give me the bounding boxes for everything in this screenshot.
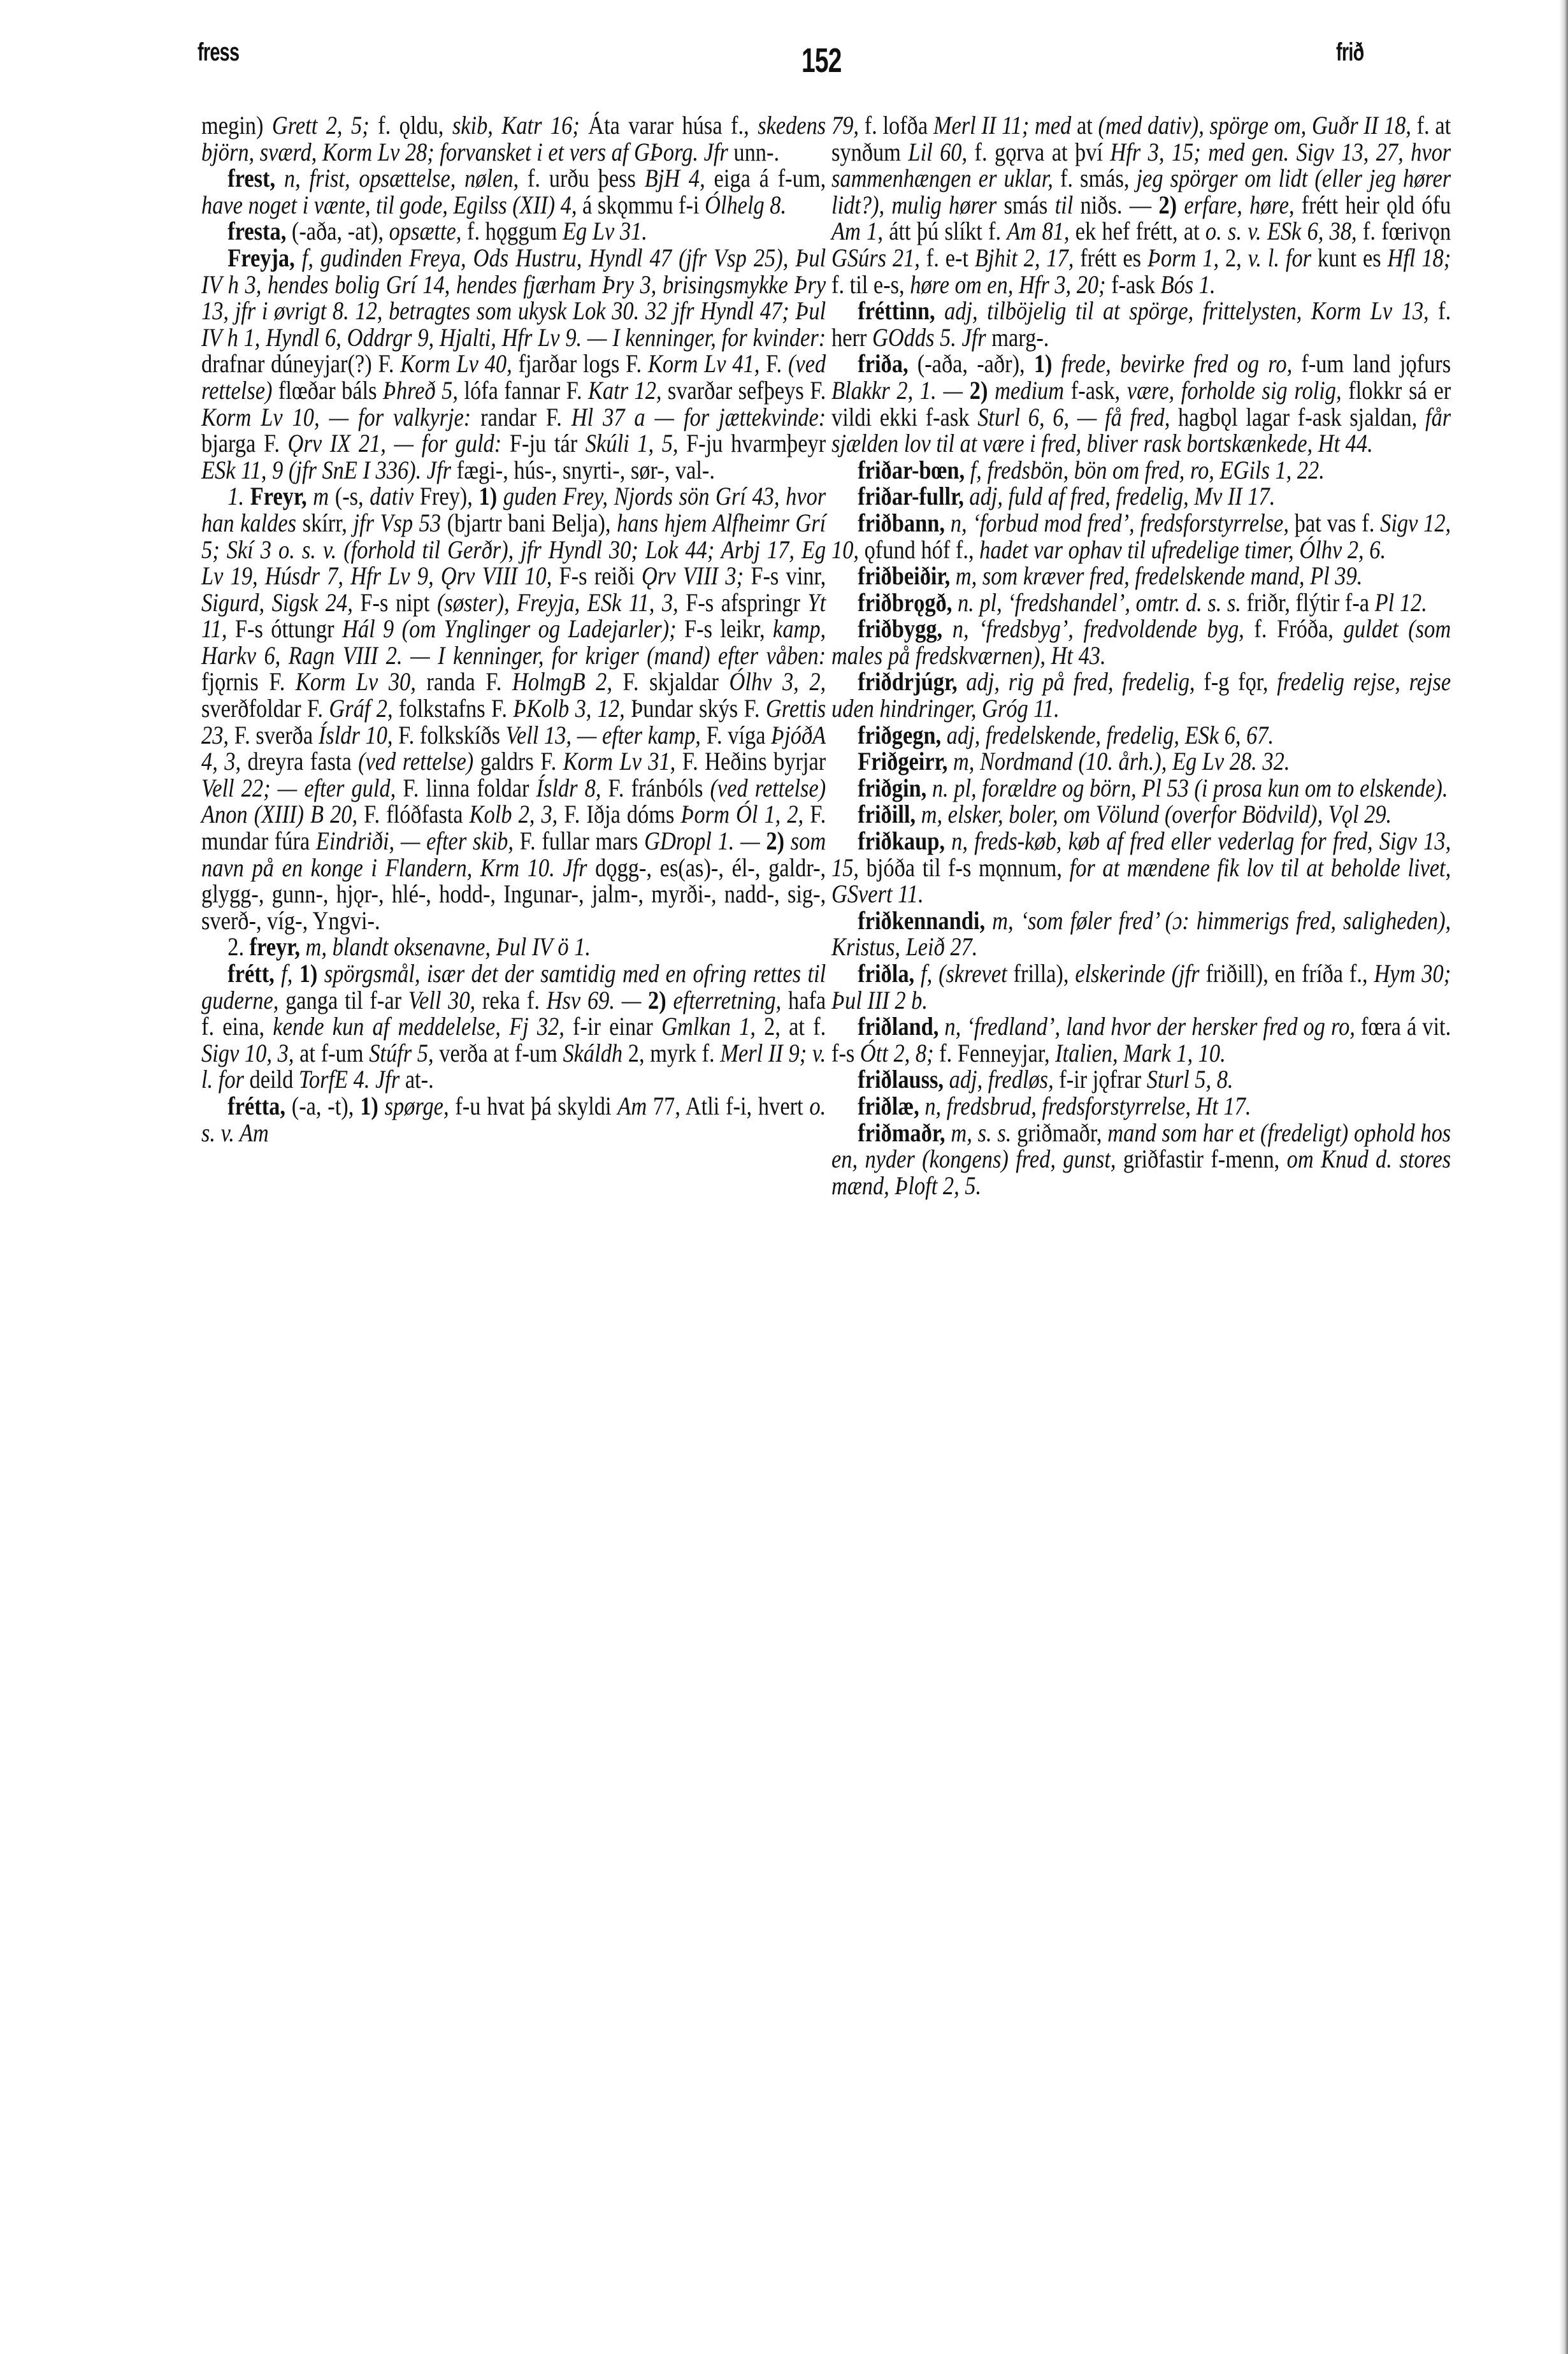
entry-text: griðmaðr,	[1011, 1118, 1107, 1147]
entry-text: Áta varar húsa f.,	[580, 111, 758, 140]
entry-text	[965, 456, 970, 484]
entry-text: F. Iðja dóms	[557, 800, 680, 828]
entry-text	[666, 986, 673, 1015]
italic-gloss: Ótt 2, 8;	[860, 1039, 934, 1067]
entry-text	[945, 827, 951, 855]
headword: friðkennandi,	[858, 906, 985, 935]
italic-gloss: f, (skrevet	[921, 959, 1007, 988]
guide-word-right: frið	[1336, 38, 1364, 67]
italic-gloss: n, ‘forbud mod fred’, fredsforstyrrelse,	[951, 509, 1289, 537]
entry-text	[935, 296, 944, 325]
entry-text: at	[1071, 111, 1098, 140]
entry-text	[292, 959, 299, 988]
entry-text: ek hef frétt, at	[1069, 217, 1205, 245]
entry-text	[947, 747, 953, 776]
entry-text	[275, 164, 284, 192]
entry-text	[295, 243, 302, 272]
italic-gloss: ÞKolb 3, 12,	[513, 694, 624, 723]
italic-gloss: GOdds 5. Jfr	[872, 323, 986, 352]
dictionary-entry: friðbrǫgð, n. pl, ‘fredshandel’, omtr. d…	[831, 589, 1451, 616]
entry-text: f. ǫldu,	[370, 111, 452, 140]
italic-gloss: Hál 9 (om Ynglinger og Ladejarler);	[342, 614, 677, 643]
italic-gloss: m, elsker, boler, om Völund (overfor Böd…	[921, 800, 1392, 828]
italic-gloss: f,	[281, 959, 292, 988]
italic-gloss: spørge,	[385, 1092, 449, 1120]
italic-gloss: Ólhelg 8.	[705, 191, 786, 219]
headword: Freyja,	[227, 243, 294, 272]
entry-text: (bjartr bani Belja),	[441, 509, 617, 537]
headword: friðgin,	[858, 774, 926, 802]
entry-text	[914, 959, 921, 988]
entry-text: deild	[244, 1065, 299, 1094]
italic-gloss: adj, fredelskende, fredelig, ESk 6, 67.	[947, 721, 1274, 749]
italic-gloss: elskerinde (jfr	[1075, 959, 1199, 988]
entry-text: unn-.	[728, 138, 779, 166]
italic-gloss: n. pl, forældre og börn, Pl 53 (i prosa …	[932, 774, 1448, 802]
entry-text: verða at f-um	[434, 1039, 563, 1067]
entry-text: F-ju hvarmþeyr	[679, 429, 826, 458]
entry-text	[300, 932, 306, 961]
dictionary-entry: friðkennandi, m, ‘som føler fred’ (ɔ: hi…	[831, 907, 1451, 960]
entry-text: fjarðar logs F.	[512, 349, 648, 378]
entry-text: folkstafns F.	[393, 694, 514, 723]
entry-text: f-ir jǫfrar	[1054, 1065, 1147, 1094]
entry-text	[919, 1092, 925, 1120]
dictionary-entry: friðlæ, n, fredsbrud, fredsforstyrrelse,…	[831, 1093, 1451, 1120]
headword: Freyr,	[250, 482, 307, 510]
entry-text: F-s reiði	[552, 561, 642, 590]
italic-gloss: HolmgB 2,	[512, 667, 612, 696]
entry-text: F. Heðins byrjar	[675, 747, 826, 776]
entry-text: F-s afspringr	[679, 588, 808, 617]
italic-gloss: Am 81,	[1007, 217, 1069, 245]
entry-text: dreyra fasta	[241, 747, 358, 776]
entry-text: galdrs F.	[473, 747, 563, 776]
entry-text: 2,	[1219, 243, 1248, 272]
left-column: megin) Grett 2, 5; f. ǫldu, skib, Katr 1…	[201, 112, 826, 1146]
entry-text	[784, 827, 791, 855]
headword: frest,	[227, 164, 275, 192]
entry-text	[307, 482, 313, 510]
guide-word-left: fress	[198, 38, 239, 67]
entry-text: (-a, -t),	[285, 1092, 360, 1120]
dictionary-entry: fresta, (-aða, -at), opsætte, f. hǫggum …	[201, 218, 826, 245]
headword: friðlauss,	[858, 1065, 944, 1094]
italic-gloss: GSúrs 21,	[831, 243, 920, 272]
entry-text: 1)	[299, 959, 318, 988]
entry-text: 2.	[227, 932, 249, 961]
entry-text: frétt es	[1074, 243, 1147, 272]
dictionary-entry: friðbeiðir, m, som kræver fred, fredelsk…	[831, 563, 1451, 589]
italic-gloss: n, frist, opsættelse, nølen,	[284, 164, 519, 192]
entry-text	[958, 667, 967, 696]
italic-gloss: m, s. s.	[951, 1118, 1011, 1147]
dictionary-entry: friðbygg, n, ‘fredsbyg’, fredvoldende by…	[831, 616, 1451, 668]
entry-text: 2, at f.	[756, 1012, 826, 1041]
dictionary-entry: frétta, (-a, -t), 1) spørge, f-u hvat þá…	[201, 1093, 826, 1146]
entry-text: á skǫmmu f-i	[577, 191, 705, 219]
italic-gloss: Blakkr 2, 1. —	[831, 376, 963, 405]
headword: friðbrǫgð,	[858, 588, 952, 617]
entry-text: F-s leikr,	[677, 614, 773, 643]
entry-text: megin)	[201, 111, 272, 140]
italic-gloss: til	[1055, 191, 1074, 219]
entry-text: f-ir einar	[565, 1012, 661, 1041]
headword: frétta,	[227, 1092, 285, 1120]
dictionary-entry: 1. Freyr, m (-s, dativ Frey), 1) guden F…	[201, 483, 826, 934]
headword: friðar-bœn,	[858, 456, 965, 484]
italic-gloss: m, Nordmand (10. årh.), Eg Lv 28. 32.	[953, 747, 1290, 776]
entry-text: F. linna foldar	[396, 774, 536, 802]
italic-gloss: Sturl 6, 6, — få fred,	[977, 403, 1170, 431]
entry-text: fægi-, hús-, snyrti-, sør-, val-.	[451, 456, 715, 484]
entry-text: 2)	[766, 827, 784, 855]
italic-gloss: 1.	[227, 482, 250, 510]
headword: friðmaðr,	[858, 1118, 945, 1147]
entry-text: frétt heir ǫld ófu	[1294, 191, 1451, 219]
entry-text: flœðar báls	[272, 376, 382, 405]
dictionary-entry: friðgin, n. pl, forældre og börn, Pl 53 …	[831, 775, 1451, 802]
entry-text: F-s nipt	[353, 588, 437, 617]
entry-text: bjarga F.	[201, 429, 288, 458]
italic-gloss: være, forholde sig rolig,	[1127, 376, 1342, 405]
entry-text: f. gǫrva at því	[967, 138, 1110, 166]
italic-gloss: ESk 11, 9 (jfr SnE I 336). Jfr	[201, 456, 451, 484]
italic-gloss: (ved rettelse)	[358, 747, 473, 776]
italic-gloss: Sigv 10, 3,	[201, 1039, 294, 1067]
entry-text	[378, 1092, 385, 1120]
entry-text: eiga á f-um,	[705, 164, 826, 192]
scan-edge-shadow	[1559, 0, 1568, 2354]
entry-text	[950, 561, 956, 590]
italic-gloss: Ísldr 10,	[319, 721, 393, 749]
italic-gloss: Am 1,	[831, 217, 883, 245]
entry-text: f-um land jǫfurs	[1292, 349, 1451, 378]
dictionary-entry: Friðgeirr, m, Nordmand (10. årh.), Eg Lv…	[831, 748, 1451, 775]
headword: friðbeiðir,	[858, 561, 950, 590]
italic-gloss: Am	[617, 1092, 647, 1120]
headword: fréttinn,	[858, 296, 935, 325]
italic-gloss: Ǫrv VIII 3;	[642, 561, 744, 590]
italic-gloss: Italien, Mark 1, 10.	[1055, 1039, 1226, 1067]
dictionary-entry: frest, n, frist, opsættelse, nølen, f. u…	[201, 165, 826, 218]
right-column-entries: 79, f. lofða Merl II 11; med at (med dat…	[831, 112, 1451, 1199]
italic-gloss: Vell 30,	[408, 986, 475, 1015]
italic-gloss: Korm Lv 41,	[648, 349, 759, 378]
entry-text	[945, 509, 951, 537]
italic-gloss: Stúfr 5,	[369, 1039, 433, 1067]
italic-gloss: have noget i vænte, til gode, Egilss (XI…	[201, 191, 577, 219]
italic-gloss: Gráf 2,	[329, 694, 392, 723]
entry-text: hagbǫl lagar f-ask sjaldan,	[1170, 403, 1425, 431]
entry-text: 1)	[479, 482, 498, 510]
entry-text: 2)	[1158, 191, 1177, 219]
entry-text: ganga til f-ar	[278, 986, 408, 1015]
entry-text: F.	[759, 349, 788, 378]
italic-gloss: opsætte,	[389, 217, 462, 245]
dictionary-entry: megin) Grett 2, 5; f. ǫldu, skib, Katr 1…	[201, 112, 826, 165]
entry-text: f-ask	[1106, 270, 1161, 299]
entry-text: drafnar dúneyjar(?) F.	[201, 349, 400, 378]
italic-gloss: Grett 2, 5;	[272, 111, 370, 140]
entry-text: lófa fannar F.	[458, 376, 588, 405]
entry-text: at-.	[399, 1065, 433, 1094]
headword: friðgegn,	[858, 721, 941, 749]
dictionary-entry: friðmaðr, m, s. s. griðmaðr, mand som ha…	[831, 1120, 1451, 1199]
entry-text: f. Fenneyjar,	[934, 1039, 1056, 1067]
headword: friðdrjúgr,	[858, 667, 957, 696]
italic-gloss: n, ‘fredsbyg’, fredvoldende byg,	[953, 614, 1244, 643]
entry-text: f. Fróða,	[1244, 614, 1344, 643]
dictionary-entry: Freyja, f, gudinden Freya, Ods Hustru, H…	[201, 245, 826, 483]
entry-text: griðfastir f-menn,	[1116, 1145, 1286, 1173]
entry-text	[963, 376, 970, 405]
italic-gloss: Eindriði, — efter skib,	[316, 827, 514, 855]
entry-text: F-s óttungr	[227, 614, 342, 643]
entry-text	[275, 959, 281, 988]
italic-gloss: Korm Lv 30,	[296, 667, 416, 696]
headword: friðkaup,	[858, 827, 945, 855]
dictionary-entry: friðkaup, n, freds-køb, køb af fred elle…	[831, 828, 1451, 907]
italic-gloss: efterretning,	[673, 986, 781, 1015]
italic-gloss: høre om en, Hfr 3, 20;	[910, 270, 1105, 299]
entry-text	[926, 774, 932, 802]
italic-gloss: Ísldr 8,	[536, 774, 601, 802]
entry-text: f. e-t	[920, 243, 975, 272]
italic-gloss: Sigurd, Sigsk 24,	[201, 588, 353, 617]
italic-gloss: Bós 1.	[1161, 270, 1216, 299]
italic-gloss: m, blandt oksenavne, Þul IV ö 1.	[306, 932, 591, 961]
page-number: 152	[802, 41, 842, 80]
entry-text: sverðfoldar F.	[201, 694, 329, 723]
entry-text: fjǫrnis F.	[201, 667, 296, 696]
italic-gloss: Vell 22; — efter guld,	[201, 774, 396, 802]
entry-text: ǫfund hóf f.,	[859, 535, 979, 564]
entry-text: f-u hvat þá skyldi	[449, 1092, 618, 1120]
italic-gloss: Bjhit 2, 17,	[975, 243, 1074, 272]
italic-gloss: Þorm 1,	[1147, 243, 1219, 272]
italic-gloss: Merl II 11; med	[933, 111, 1071, 140]
entry-text: f. til e-s,	[831, 270, 910, 299]
entry-text: Frey),	[414, 482, 478, 510]
headword: friða,	[858, 349, 908, 378]
dictionary-entry: friðill, m, elsker, boler, om Völund (ov…	[831, 801, 1451, 828]
italic-gloss: (med dativ), spörge om, Guðr II 18,	[1098, 111, 1411, 140]
italic-gloss: n, fredsbrud, fredsforstyrrelse, Ht 17.	[924, 1092, 1251, 1120]
entry-text: niðs. —	[1073, 191, 1158, 219]
italic-gloss: erfare, høre,	[1184, 191, 1294, 219]
headword: friðland,	[858, 1012, 939, 1041]
entry-text: bjóða til f-s mǫnnum,	[859, 853, 1070, 882]
italic-gloss: Hsv 69. —	[547, 986, 642, 1015]
entry-text: svarðar sefþeys F.	[662, 376, 826, 405]
italic-gloss: adj, tilböjelig til at spörge, frittelys…	[944, 296, 1429, 325]
entry-text: f-g fǫr,	[1195, 667, 1277, 696]
entry-text: friðill), en fríða f.,	[1200, 959, 1374, 988]
italic-gloss: dativ	[370, 482, 414, 510]
dictionary-entry: 2. freyr, m, blandt oksenavne, Þul IV ö …	[201, 934, 826, 960]
headword: frétt,	[227, 959, 275, 988]
italic-gloss: 79,	[831, 111, 859, 140]
entry-text: F-s vinr,	[744, 561, 826, 590]
italic-gloss: Hl 37 a — for jættekvinde:	[572, 403, 826, 431]
entry-text: F. folkskíðs	[393, 721, 506, 749]
italic-gloss: n. pl, ‘fredshandel’, omtr. d. s. s.	[958, 588, 1241, 617]
entry-text: kunt es	[1311, 243, 1387, 272]
entry-text: randar F.	[471, 403, 572, 431]
entry-text: Þundar skýs F.	[625, 694, 766, 723]
entry-text: 2, myrk f.	[622, 1039, 720, 1067]
italic-gloss: Skúli 1, 5,	[586, 429, 679, 458]
italic-gloss: n, ‘fredland’, land hvor der hersker fre…	[944, 1012, 1355, 1041]
dictionary-entry: frétt, f, 1) spörgsmål, især det der sam…	[201, 960, 826, 1093]
entry-text: átt þú slíkt f.	[883, 217, 1007, 245]
entry-text: f. fœrivǫn	[1357, 217, 1451, 245]
italic-gloss: BjH 4,	[645, 164, 705, 192]
italic-gloss: frede, bevirke fred og ro,	[1061, 349, 1292, 378]
italic-gloss: m	[313, 482, 329, 510]
headword: Friðgeirr,	[858, 747, 947, 776]
italic-gloss: f, fredsbön, bön om fred, ro, EGils 1, 2…	[970, 456, 1325, 484]
headword: friðla,	[858, 959, 914, 988]
entry-text: þat vas f.	[1289, 509, 1380, 537]
headword: freyr,	[250, 932, 300, 961]
right-column: 79, f. lofða Merl II 11; med at (med dat…	[831, 112, 1451, 1199]
entry-text	[1177, 191, 1184, 219]
entry-text	[939, 1012, 944, 1041]
italic-gloss: Ólhv 3, 2,	[730, 667, 826, 696]
entry-text: F. fránbóls	[601, 774, 710, 802]
entry-text: at f-um	[294, 1039, 369, 1067]
italic-gloss: Korm Lv 31,	[563, 747, 676, 776]
dictionary-entry: fréttinn, adj, tilböjelig til at spörge,…	[831, 298, 1451, 350]
italic-gloss: Hfl 18;	[1387, 243, 1451, 272]
entry-text	[1053, 349, 1061, 378]
entry-text: friðr, flýtir f-a	[1241, 588, 1375, 617]
entry-text	[916, 800, 921, 828]
italic-gloss: Þhreð 5,	[383, 376, 458, 405]
entry-text: F. sverða	[229, 721, 319, 749]
dictionary-entry: friðar-fullr, adj, fuld af fred, fredeli…	[831, 483, 1451, 510]
italic-gloss: skib, Katr 16;	[452, 111, 580, 140]
dictionary-entry: friðland, n, ‘fredland’, land hvor der h…	[831, 1013, 1451, 1066]
italic-gloss: v. l. for	[1248, 243, 1311, 272]
entry-text: (-aða, -aðr),	[909, 349, 1034, 378]
entry-text: 2)	[648, 986, 666, 1015]
headword: friðill,	[858, 800, 916, 828]
entry-text: F. skjaldar	[612, 667, 730, 696]
dictionary-entry: friðla, f, (skrevet frilla), elskerinde …	[831, 960, 1451, 1013]
dictionary-entry: friða, (-aða, -aðr), 1) frede, bevirke f…	[831, 350, 1451, 456]
left-column-entries: megin) Grett 2, 5; f. ǫldu, skib, Katr 1…	[201, 112, 826, 1146]
entry-text: F. flóðfasta	[357, 800, 470, 828]
dictionary-entry: friðlauss, adj, fredløs, f-ir jǫfrar Stu…	[831, 1066, 1451, 1093]
italic-gloss: jfr Vsp 53	[353, 509, 441, 537]
entry-text: 1)	[1034, 349, 1053, 378]
dictionary-entry: friðbann, n, ‘forbud mod fred’, fredsfor…	[831, 510, 1451, 563]
entry-text	[964, 482, 970, 510]
entry-text: marg-.	[986, 323, 1049, 352]
entry-text: f. smás,	[1053, 164, 1137, 192]
page-header: fress 152 frið	[191, 38, 1440, 83]
entry-text: 77, Atli f-i, hvert	[647, 1092, 809, 1120]
italic-gloss: kende kun af meddelelse, Fj 32,	[273, 1012, 565, 1041]
entry-text	[942, 614, 953, 643]
italic-gloss: Kolb 2, 3,	[470, 800, 558, 828]
entry-text	[946, 1118, 951, 1147]
italic-gloss: adj, fuld af fred, fredelig, Mv II 17.	[969, 482, 1275, 510]
italic-gloss: Korm Lv 10, — for valkyrje:	[201, 403, 471, 431]
entry-text: f. urðu þess	[519, 164, 645, 192]
italic-gloss: adj, rig på fred, fredelig,	[966, 667, 1195, 696]
entry-text	[944, 1065, 949, 1094]
italic-gloss: hadet var ophav til ufredelige timer, Ól…	[979, 535, 1386, 564]
entry-text: F-ju tár	[501, 429, 586, 458]
entry-text: F. víga	[701, 721, 771, 749]
italic-gloss: Skáldh	[563, 1039, 622, 1067]
dictionary-entry: friðgegn, adj, fredelskende, fredelig, E…	[831, 722, 1451, 749]
entry-text	[988, 376, 995, 405]
italic-gloss: Pl 12.	[1375, 588, 1427, 617]
entry-text: f-ask,	[1064, 376, 1127, 405]
entry-text: F. fullar mars	[514, 827, 644, 855]
entry-text: 2)	[970, 376, 988, 405]
entry-text	[641, 986, 648, 1015]
italic-gloss: Lil 60,	[908, 138, 967, 166]
entry-text	[760, 827, 766, 855]
headword: fresta,	[227, 217, 286, 245]
italic-gloss: m, som kræver fred, fredelskende mand, P…	[956, 561, 1363, 590]
italic-gloss: Gmlkan 1,	[661, 1012, 756, 1041]
headword: friðbygg,	[858, 614, 942, 643]
entry-text	[985, 906, 992, 935]
dictionary-entry: friðdrjúgr, adj, rig på fred, fredelig, …	[831, 668, 1451, 721]
italic-gloss: Korm Lv 40,	[400, 349, 512, 378]
italic-gloss: TorfE 4. Jfr	[299, 1065, 399, 1094]
headword: friðlæ,	[858, 1092, 919, 1120]
italic-gloss: adj, fredløs,	[949, 1065, 1054, 1094]
italic-gloss: o. s. v. ESk 6, 38,	[1205, 217, 1357, 245]
entry-text: f. hǫggum	[461, 217, 563, 245]
italic-gloss: (søster), Freyja, ESk 11, 3,	[437, 588, 679, 617]
entry-text: randa F.	[416, 667, 512, 696]
italic-gloss: Vell 13, — efter kamp,	[506, 721, 701, 749]
entry-text	[952, 588, 958, 617]
entry-text	[317, 959, 324, 988]
headword: friðbann,	[858, 509, 945, 537]
entry-text: reka f.	[475, 986, 547, 1015]
italic-gloss: Sturl 5, 8.	[1147, 1065, 1234, 1094]
italic-gloss: Eg Lv 31.	[563, 217, 647, 245]
entry-text: 1)	[360, 1092, 378, 1120]
dictionary-entry: friðar-bœn, f, fredsbön, bön om fred, ro…	[831, 457, 1451, 484]
italic-gloss: Katr 12,	[588, 376, 662, 405]
italic-gloss: medium	[995, 376, 1064, 405]
entry-text: (-aða, -at),	[286, 217, 389, 245]
italic-gloss: Þorm Ól 1, 2,	[681, 800, 804, 828]
headword: friðar-fullr,	[858, 482, 964, 510]
italic-gloss: GDropl 1. —	[644, 827, 760, 855]
entry-text	[941, 721, 947, 749]
dictionary-entry: 79, f. lofða Merl II 11; med at (med dat…	[831, 112, 1451, 298]
italic-gloss: Ǫrv IX 21, — for guld:	[288, 429, 502, 458]
entry-text: (-s,	[329, 482, 370, 510]
entry-text: smás	[996, 191, 1054, 219]
entry-text: skírr,	[296, 509, 353, 537]
entry-text	[497, 482, 503, 510]
entry-text: f. lofða	[859, 111, 933, 140]
entry-text: frilla),	[1007, 959, 1075, 988]
